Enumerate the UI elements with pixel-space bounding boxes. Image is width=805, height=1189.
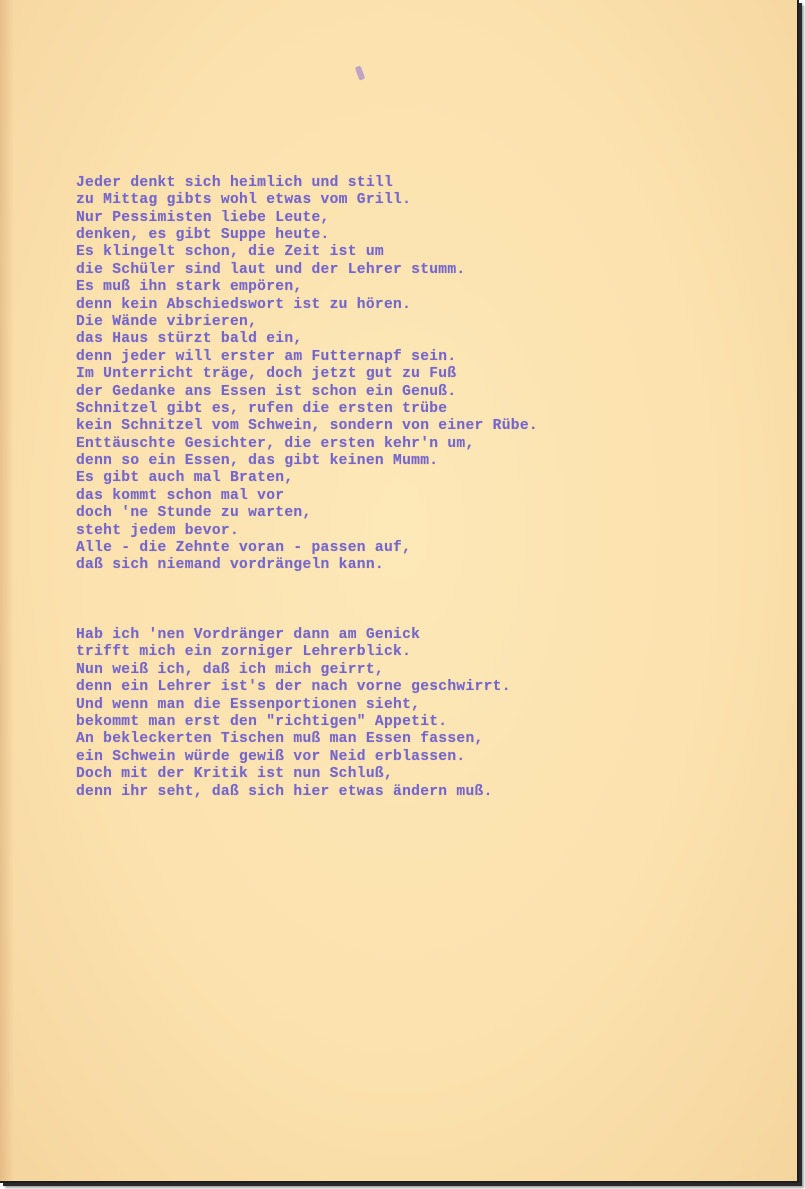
poem-line: die Schüler sind laut und der Lehrer stu…	[76, 262, 538, 279]
typewritten-page: Jeder denkt sich heimlich und stillzu Mi…	[0, 0, 799, 1183]
poem-line: denn kein Abschiedswort ist zu hören.	[76, 297, 538, 314]
poem-line: Hab ich 'nen Vordränger dann am Genick	[76, 627, 538, 644]
poem-line: doch 'ne Stunde zu warten,	[76, 505, 538, 522]
stanza-1: Jeder denkt sich heimlich und stillzu Mi…	[76, 175, 538, 575]
poem-line: steht jedem bevor.	[76, 523, 538, 540]
poem-line: denn ein Lehrer ist's der nach vorne ges…	[76, 679, 538, 696]
poem-line: denn jeder will erster am Futternapf sei…	[76, 349, 538, 366]
poem-line: der Gedanke ans Essen ist schon ein Genu…	[76, 384, 538, 401]
poem-line: Doch mit der Kritik ist nun Schluß,	[76, 766, 538, 783]
poem-line: kein Schnitzel vom Schwein, sondern von …	[76, 418, 538, 435]
poem-line: Und wenn man die Essenportionen sieht,	[76, 697, 538, 714]
poem-line: Schnitzel gibt es, rufen die ersten trüb…	[76, 401, 538, 418]
poem-line: ein Schwein würde gewiß vor Neid erblass…	[76, 749, 538, 766]
poem: Jeder denkt sich heimlich und stillzu Mi…	[76, 140, 538, 853]
poem-line: trifft mich ein zorniger Lehrerblick.	[76, 644, 538, 661]
stanza-2: Hab ich 'nen Vordränger dann am Genicktr…	[76, 627, 538, 801]
poem-line: Nun weiß ich, daß ich mich geirrt,	[76, 662, 538, 679]
poem-line: Im Unterricht träge, doch jetzt gut zu F…	[76, 366, 538, 383]
poem-line: denken, es gibt Suppe heute.	[76, 227, 538, 244]
poem-line: zu Mittag gibts wohl etwas vom Grill.	[76, 192, 538, 209]
ink-mark	[355, 65, 365, 80]
poem-line: daß sich niemand vordrängeln kann.	[76, 557, 538, 574]
poem-line: das kommt schon mal vor	[76, 488, 538, 505]
poem-line: Enttäuschte Gesichter, die ersten kehr'n…	[76, 436, 538, 453]
poem-line: Es muß ihn stark empören,	[76, 279, 538, 296]
poem-line: Jeder denkt sich heimlich und still	[76, 175, 538, 192]
poem-line: Es klingelt schon, die Zeit ist um	[76, 244, 538, 261]
poem-line: denn ihr seht, daß sich hier etwas änder…	[76, 784, 538, 801]
poem-line: bekommt man erst den "richtigen" Appetit…	[76, 714, 538, 731]
poem-line: An bekleckerten Tischen muß man Essen fa…	[76, 731, 538, 748]
poem-line: denn so ein Essen, das gibt keinen Mumm.	[76, 453, 538, 470]
poem-line: Es gibt auch mal Braten,	[76, 470, 538, 487]
poem-line: das Haus stürzt bald ein,	[76, 331, 538, 348]
poem-line: Alle - die Zehnte voran - passen auf,	[76, 540, 538, 557]
poem-line: Die Wände vibrieren,	[76, 314, 538, 331]
poem-line: Nur Pessimisten liebe Leute,	[76, 210, 538, 227]
